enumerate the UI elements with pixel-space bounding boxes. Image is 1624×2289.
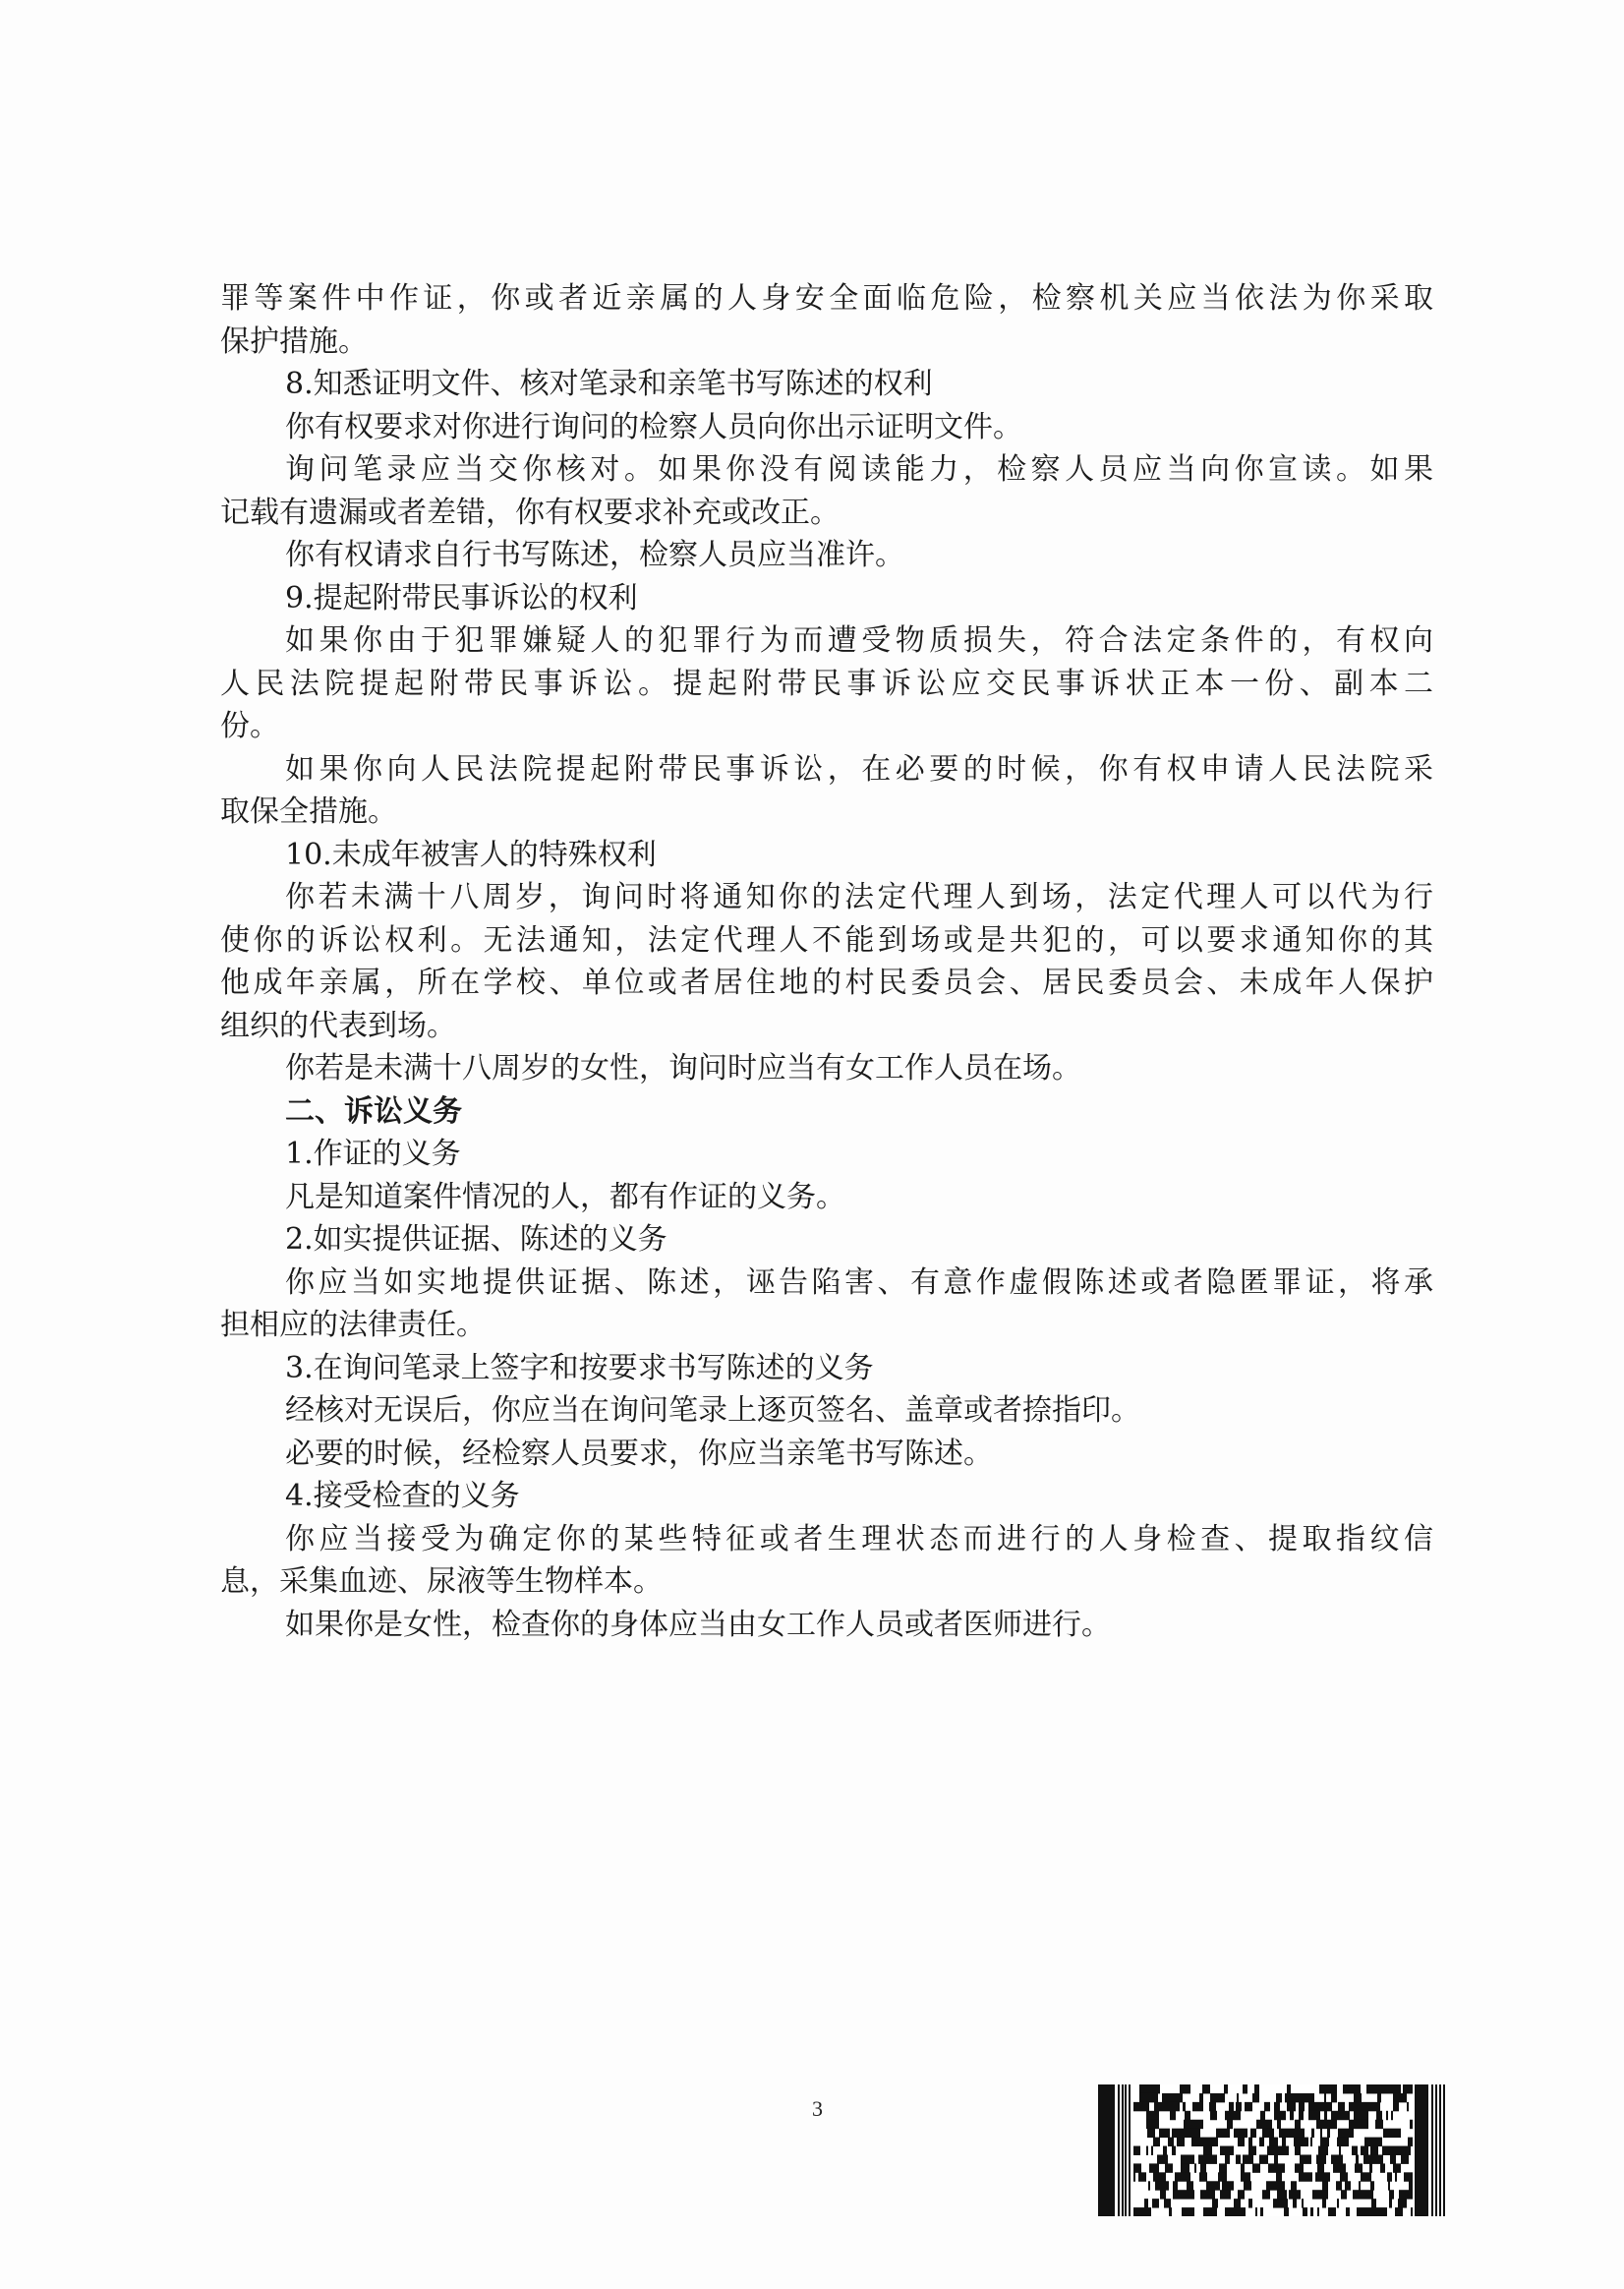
paragraph-line: 担相应的法律责任。 xyxy=(220,1304,1433,1347)
paragraph-line: 息，采集血迹、尿液等生物样本。 xyxy=(220,1560,1433,1604)
document-body: 罪等案件中作证，你或者近亲属的人身安全面临危险，检察机关应当依法为你采取保护措施… xyxy=(220,277,1433,1646)
paragraph-line: 你应当如实地提供证据、陈述，诬告陷害、有意作虚假陈述或者隐匿罪证，将承 xyxy=(220,1262,1433,1305)
paragraph-line: 罪等案件中作证，你或者近亲属的人身安全面临危险，检察机关应当依法为你采取 xyxy=(220,277,1433,321)
paragraph-line: 取保全措施。 xyxy=(220,791,1433,834)
paragraph-line: 人民法院提起附带民事诉讼。提起附带民事诉讼应交民事诉状正本一份、副本二 xyxy=(220,663,1433,706)
paragraph-line: 你有权要求对你进行询问的检察人员向你出示证明文件。 xyxy=(220,406,1433,449)
paragraph-line: 使你的诉讼权利。无法通知，法定代理人不能到场或是共犯的，可以要求通知你的其 xyxy=(220,919,1433,963)
paragraph-line: 你若是未满十八周岁的女性，询问时应当有女工作人员在场。 xyxy=(220,1047,1433,1090)
subsection-heading: 10.未成年被害人的特殊权利 xyxy=(220,834,1433,877)
subsection-heading: 9.提起附带民事诉讼的权利 xyxy=(220,577,1433,620)
pdf417-barcode-icon xyxy=(1098,2084,1446,2216)
paragraph-line: 你有权请求自行书写陈述，检察人员应当准许。 xyxy=(220,534,1433,577)
subsection-heading: 4.接受检查的义务 xyxy=(220,1475,1433,1518)
paragraph-line: 凡是知道案件情况的人，都有作证的义务。 xyxy=(220,1176,1433,1219)
paragraph-line: 份。 xyxy=(220,705,1433,748)
paragraph-line: 组织的代表到场。 xyxy=(220,1005,1433,1048)
paragraph-line: 询问笔录应当交你核对。如果你没有阅读能力，检察人员应当向你宣读。如果 xyxy=(220,448,1433,492)
paragraph-line: 如果你是女性，检查你的身体应当由女工作人员或者医师进行。 xyxy=(220,1604,1433,1647)
paragraph-line: 经核对无误后，你应当在询问笔录上逐页签名、盖章或者捺指印。 xyxy=(220,1389,1433,1433)
paragraph-line: 如果你向人民法院提起附带民事诉讼，在必要的时候，你有权申请人民法院采 xyxy=(220,748,1433,792)
document-page: 罪等案件中作证，你或者近亲属的人身安全面临危险，检察机关应当依法为你采取保护措施… xyxy=(0,0,1624,2289)
paragraph-line: 必要的时候，经检察人员要求，你应当亲笔书写陈述。 xyxy=(220,1433,1433,1476)
subsection-heading: 2.如实提供证据、陈述的义务 xyxy=(220,1218,1433,1262)
subsection-heading: 1.作证的义务 xyxy=(220,1133,1433,1176)
paragraph-line: 你若未满十八周岁，询问时将通知你的法定代理人到场，法定代理人可以代为行 xyxy=(220,876,1433,919)
section-heading: 二、诉讼义务 xyxy=(220,1090,1433,1134)
subsection-heading: 3.在询问笔录上签字和按要求书写陈述的义务 xyxy=(220,1347,1433,1390)
paragraph-line: 如果你由于犯罪嫌疑人的犯罪行为而遭受物质损失，符合法定条件的，有权向 xyxy=(220,619,1433,663)
paragraph-line: 记载有遗漏或者差错，你有权要求补充或改正。 xyxy=(220,492,1433,535)
paragraph-line: 他成年亲属，所在学校、单位或者居住地的村民委员会、居民委员会、未成年人保护 xyxy=(220,962,1433,1005)
subsection-heading: 8.知悉证明文件、核对笔录和亲笔书写陈述的权利 xyxy=(220,363,1433,406)
paragraph-line: 保护措施。 xyxy=(220,321,1433,364)
paragraph-line: 你应当接受为确定你的某些特征或者生理状态而进行的人身检查、提取指纹信 xyxy=(220,1518,1433,1561)
page-number: 3 xyxy=(812,2096,823,2122)
